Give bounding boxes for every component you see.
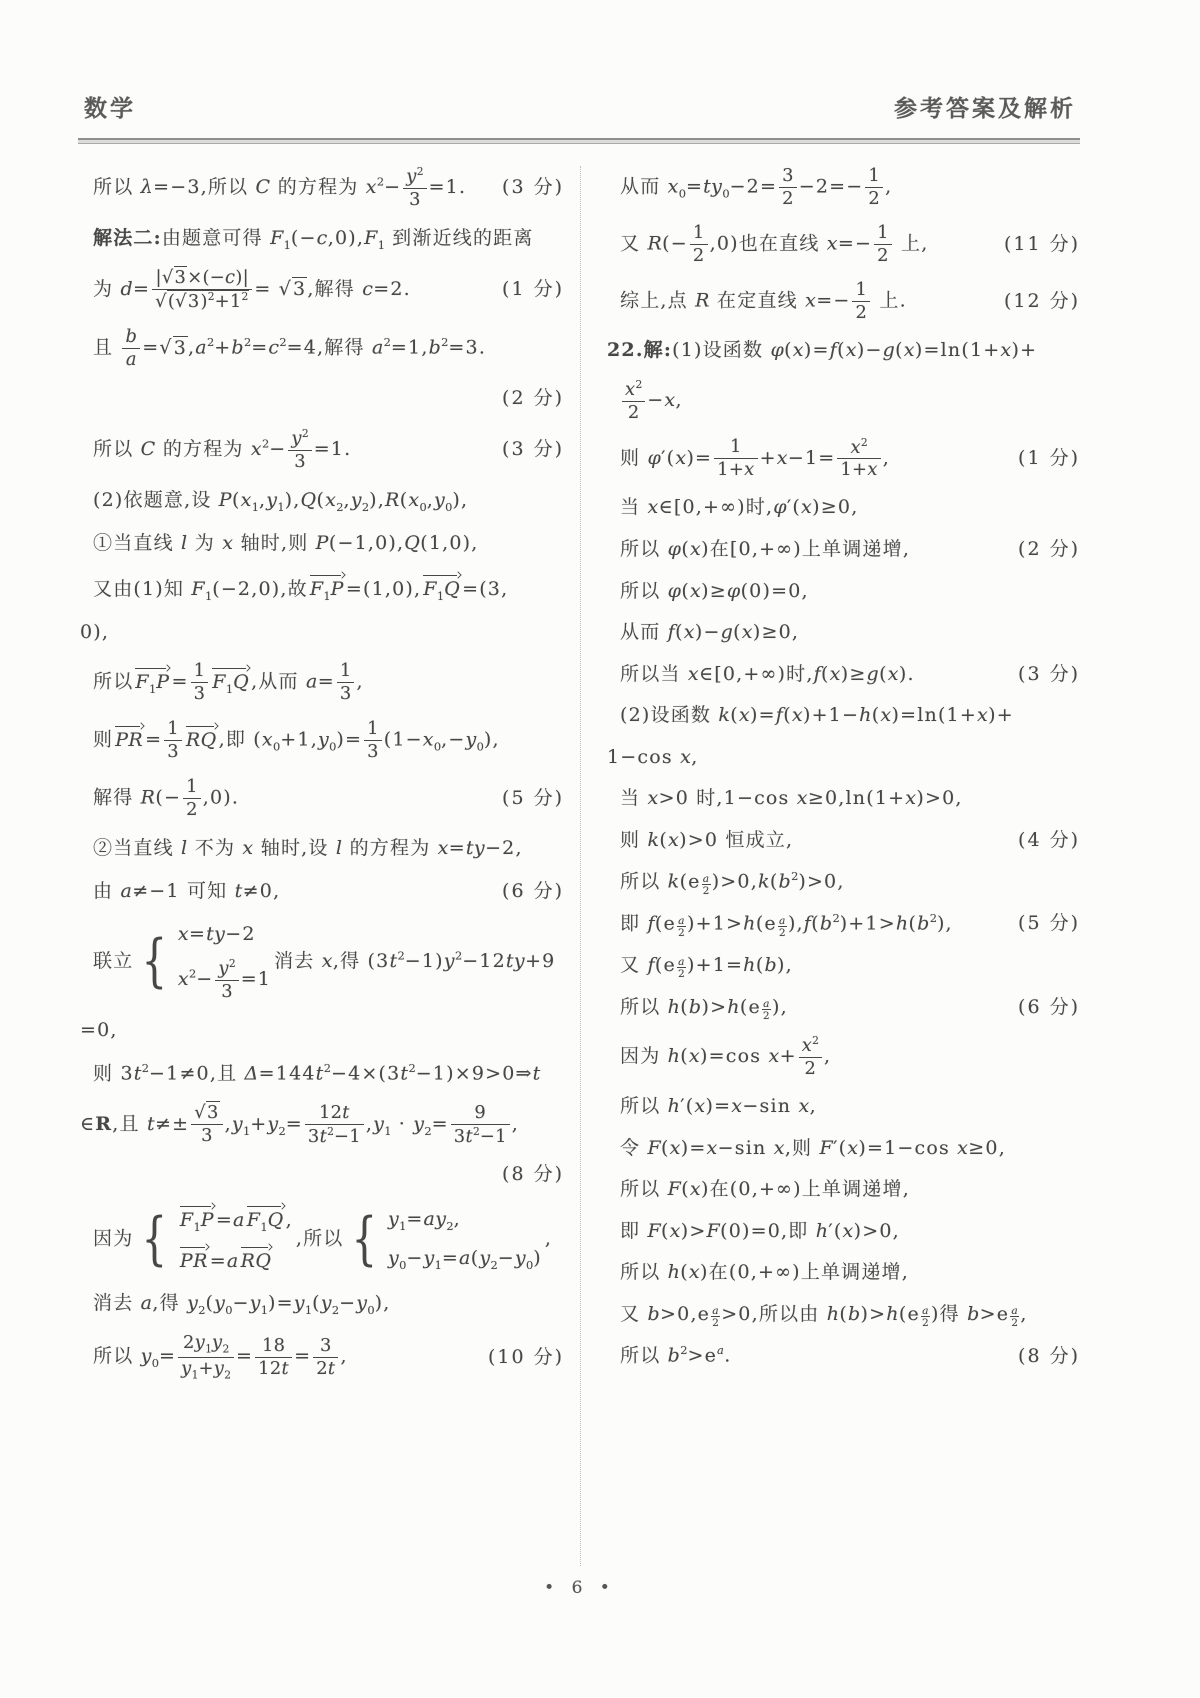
- score-mark: (3 分): [502, 436, 564, 464]
- solution-line: 则PR=13RQ,即 (x0+1,y0)=13(1−x0,−y0),: [80, 719, 564, 762]
- solution-line: 由 a≠−1 可知 t≠0,(6 分): [80, 878, 564, 906]
- line-text: 1−cos x,: [607, 744, 698, 772]
- score-mark: (4 分): [1018, 827, 1080, 855]
- solution-line: 所以 h(b)>h(ea2),(6 分): [607, 994, 1080, 1022]
- score-mark: (5 分): [502, 785, 564, 813]
- solution-line: 且 ba=√3,a2+b2=c2=4,解得 a2=1,b2=3.: [80, 327, 564, 370]
- solution-line: 解法二:由题意可得 F1(−c,0),F1 到渐近线的距离: [80, 225, 564, 253]
- line-text: 即 f(ea2)+1>h(ea2),f(b2)+1>h(b2),: [620, 910, 953, 938]
- solution-line: 因为 h(x)=cos x+x22,: [607, 1035, 1080, 1079]
- solution-line: 所以 y0=2y1y2y1+y2=1812t=32t,(10 分): [80, 1333, 564, 1381]
- line-text: 0),: [80, 619, 109, 647]
- line-text: =0,: [80, 1017, 118, 1045]
- solution-line: 即 F(x)>F(0)=0,即 h′(x)>0,: [607, 1218, 1080, 1246]
- line-text: 所以 λ=−3,所以 C 的方程为 x2−y23=1.: [93, 166, 466, 210]
- score-mark: (2 分): [502, 385, 564, 413]
- line-text: 所以 b2>ea.: [620, 1342, 732, 1370]
- line-text: 则 k(x)>0 恒成立,: [620, 827, 793, 855]
- line-text: 22.解:(1)设函数 φ(x)=f(x)−g(x)=ln(1+x)+: [607, 337, 1037, 365]
- solution-line: 从而 x0=ty0−2=32−2=−12,: [607, 166, 1080, 209]
- line-text: 所以 y0=2y1y2y1+y2=1812t=32t,: [93, 1333, 348, 1381]
- line-text: x22−x,: [620, 379, 683, 423]
- solution-line: 因为{F1P=aF1Q,PR=aRQ,所以{y1=ay2,y0−y1=a(y2−…: [80, 1204, 564, 1275]
- solution-line: (2 分): [80, 385, 564, 413]
- line-text: 为 d=|√3×(−c)|√(√3)2+12= √3,解得 c=2.: [93, 268, 411, 312]
- line-text: 综上,点 R 在定直线 x=−12 上.: [620, 280, 907, 323]
- line-text: 因为 h(x)=cos x+x22,: [620, 1035, 831, 1079]
- page-number: • 6 •: [80, 1578, 1080, 1598]
- line-text: 所以F1P=13F1Q,从而 a=13,: [93, 661, 364, 704]
- solution-line: 从而 f(x)−g(x)≥0,: [607, 619, 1080, 647]
- solution-line: 则 3t2−1≠0,且 Δ=144t2−4×(3t2−1)×9>0⇒t: [80, 1060, 564, 1088]
- page-header: 数学 参考答案及解析: [84, 90, 1076, 123]
- line-text: 即 F(x)>F(0)=0,即 h′(x)>0,: [620, 1218, 900, 1246]
- line-text: (2)依题意,设 P(x1,y1),Q(x2,y2),R(x0,y0),: [93, 487, 468, 515]
- score-mark: (3 分): [502, 174, 564, 202]
- solution-line: 令 F(x)=x−sin x,则 F′(x)=1−cos x≥0,: [607, 1135, 1080, 1163]
- solution-line: 即 f(ea2)+1>h(ea2),f(b2)+1>h(b2),(5 分): [607, 910, 1080, 938]
- score-mark: (1 分): [502, 276, 564, 304]
- solution-line: x22−x,: [607, 379, 1080, 423]
- line-text: 解法二:由题意可得 F1(−c,0),F1 到渐近线的距离: [93, 225, 534, 253]
- solution-line: 所以 φ(x)在[0,+∞)上单调递增,(2 分): [607, 536, 1080, 564]
- page: 数学 参考答案及解析 所以 λ=−3,所以 C 的方程为 x2−y23=1.(3…: [0, 0, 1200, 1698]
- line-text: 所以当 x∈[0,+∞)时,f(x)≥g(x).: [620, 661, 915, 689]
- solution-line: 所以 C 的方程为 x2−y23=1.(3 分): [80, 428, 564, 472]
- line-text: 所以 F(x)在(0,+∞)上单调递增,: [620, 1176, 910, 1204]
- solution-line: 为 d=|√3×(−c)|√(√3)2+12= √3,解得 c=2.(1 分): [80, 268, 564, 312]
- solution-line: 所以 h′(x)=x−sin x,: [607, 1093, 1080, 1121]
- line-text: 当 x∈[0,+∞)时,φ′(x)≥0,: [620, 494, 858, 522]
- header-rule: [78, 138, 1080, 144]
- solution-content: 所以 λ=−3,所以 C 的方程为 x2−y23=1.(3 分)解法二:由题意可…: [80, 166, 1080, 1566]
- score-mark: (8 分): [1018, 1343, 1080, 1371]
- solution-line: ②当直线 l 不为 x 轴时,设 l 的方程为 x=ty−2,: [80, 835, 564, 863]
- solution-line: 当 x∈[0,+∞)时,φ′(x)≥0,: [607, 494, 1080, 522]
- solution-line: 1−cos x,: [607, 744, 1080, 772]
- solution-line: 则 k(x)>0 恒成立,(4 分): [607, 827, 1080, 855]
- solution-line: 所以F1P=13F1Q,从而 a=13,: [80, 661, 564, 704]
- line-text: 且 ba=√3,a2+b2=c2=4,解得 a2=1,b2=3.: [93, 327, 486, 370]
- score-mark: (1 分): [1018, 445, 1080, 473]
- line-text: 所以 C 的方程为 x2−y23=1.: [93, 428, 351, 472]
- left-column: 所以 λ=−3,所以 C 的方程为 x2−y23=1.(3 分)解法二:由题意可…: [80, 166, 580, 1566]
- solution-line: =0,: [80, 1017, 564, 1045]
- score-mark: (8 分): [502, 1161, 564, 1189]
- line-text: ①当直线 l 为 x 轴时,则 P(−1,0),Q(1,0),: [93, 530, 479, 558]
- line-text: (2)设函数 k(x)=f(x)+1−h(x)=ln(1+x)+: [620, 702, 1014, 730]
- line-text: 从而 f(x)−g(x)≥0,: [620, 619, 799, 647]
- line-text: 则 3t2−1≠0,且 Δ=144t2−4×(3t2−1)×9>0⇒t: [93, 1060, 541, 1088]
- solution-line: 所以 b2>ea.(8 分): [607, 1342, 1080, 1370]
- line-text: 则PR=13RQ,即 (x0+1,y0)=13(1−x0,−y0),: [93, 719, 500, 762]
- solution-line: ①当直线 l 为 x 轴时,则 P(−1,0),Q(1,0),: [80, 530, 564, 558]
- header-subject-title: 数学: [84, 90, 136, 123]
- line-text: ∈R,且 t≠±√33,y1+y2=12t3t2−1,y1 · y2=93t2−…: [80, 1103, 519, 1147]
- line-text: 所以 k(ea2)>0,k(b2)>0,: [620, 868, 845, 896]
- solution-line: 所以当 x∈[0,+∞)时,f(x)≥g(x).(3 分): [607, 661, 1080, 689]
- solution-line: (2)依题意,设 P(x1,y1),Q(x2,y2),R(x0,y0),: [80, 487, 564, 515]
- solution-line: 当 x>0 时,1−cos x≥0,ln(1+x)>0,: [607, 785, 1080, 813]
- line-text: 则 φ′(x)=11+x+x−1=x21+x,: [620, 437, 890, 481]
- solution-line: 0),: [80, 619, 564, 647]
- solution-line: (2)设函数 k(x)=f(x)+1−h(x)=ln(1+x)+: [607, 702, 1080, 730]
- line-text: 又由(1)知 F1(−2,0),故F1P=(1,0),F1Q=(3,: [93, 573, 508, 604]
- line-text: 消去 a,得 y2(y0−y1)=y1(y2−y0),: [93, 1290, 391, 1318]
- line-text: 所以 h(b)>h(ea2),: [620, 994, 788, 1022]
- score-mark: (3 分): [1018, 661, 1080, 689]
- line-text: 所以 h(x)在(0,+∞)上单调递增,: [620, 1259, 909, 1287]
- line-text: 又 f(ea2)+1=h(b),: [620, 952, 793, 980]
- line-text: 解得 R(−12,0).: [93, 777, 239, 820]
- solution-line: 又由(1)知 F1(−2,0),故F1P=(1,0),F1Q=(3,: [80, 573, 564, 604]
- right-column: 从而 x0=ty0−2=32−2=−12,又 R(−12,0)也在直线 x=−1…: [580, 166, 1080, 1566]
- solution-line: 所以 φ(x)≥φ(0)=0,: [607, 578, 1080, 606]
- solution-line: 综上,点 R 在定直线 x=−12 上.(12 分): [607, 280, 1080, 323]
- solution-line: 所以 λ=−3,所以 C 的方程为 x2−y23=1.(3 分): [80, 166, 564, 210]
- line-text: 由 a≠−1 可知 t≠0,: [93, 878, 280, 906]
- solution-line: 联立{x=ty−2x2−y23=1消去 x,得 (3t2−1)y2−12ty+9: [80, 921, 564, 1003]
- score-mark: (12 分): [1004, 288, 1080, 316]
- solution-line: 22.解:(1)设函数 φ(x)=f(x)−g(x)=ln(1+x)+: [607, 337, 1080, 365]
- score-mark: (10 分): [488, 1344, 564, 1372]
- solution-line: 所以 F(x)在(0,+∞)上单调递增,: [607, 1176, 1080, 1204]
- solution-line: (8 分): [80, 1161, 564, 1189]
- solution-line: 又 f(ea2)+1=h(b),: [607, 952, 1080, 980]
- solution-line: 又 R(−12,0)也在直线 x=−12 上,(11 分): [607, 223, 1080, 266]
- score-mark: (6 分): [1018, 994, 1080, 1022]
- solution-line: 所以 k(ea2)>0,k(b2)>0,: [607, 868, 1080, 896]
- score-mark: (11 分): [1004, 231, 1080, 259]
- line-text: 所以 h′(x)=x−sin x,: [620, 1093, 817, 1121]
- line-text: 当 x>0 时,1−cos x≥0,ln(1+x)>0,: [620, 785, 963, 813]
- line-text: 因为{F1P=aF1Q,PR=aRQ,所以{y1=ay2,y0−y1=a(y2−…: [93, 1204, 552, 1275]
- line-text: 所以 φ(x)在[0,+∞)上单调递增,: [620, 536, 910, 564]
- line-text: 联立{x=ty−2x2−y23=1消去 x,得 (3t2−1)y2−12ty+9: [93, 921, 555, 1003]
- solution-line: ∈R,且 t≠±√33,y1+y2=12t3t2−1,y1 · y2=93t2−…: [80, 1103, 564, 1147]
- solution-line: 又 b>0,ea2>0,所以由 h(b)>h(ea2)得 b>ea2,: [607, 1301, 1080, 1329]
- line-text: 令 F(x)=x−sin x,则 F′(x)=1−cos x≥0,: [620, 1135, 1006, 1163]
- solution-line: 所以 h(x)在(0,+∞)上单调递增,: [607, 1259, 1080, 1287]
- score-mark: (6 分): [502, 878, 564, 906]
- solution-line: 则 φ′(x)=11+x+x−1=x21+x,(1 分): [607, 437, 1080, 481]
- line-text: 又 R(−12,0)也在直线 x=−12 上,: [620, 223, 929, 266]
- solution-line: 解得 R(−12,0).(5 分): [80, 777, 564, 820]
- solution-line: 消去 a,得 y2(y0−y1)=y1(y2−y0),: [80, 1290, 564, 1318]
- line-text: ②当直线 l 不为 x 轴时,设 l 的方程为 x=ty−2,: [93, 835, 523, 863]
- header-answer-title: 参考答案及解析: [894, 90, 1076, 123]
- score-mark: (2 分): [1018, 536, 1080, 564]
- line-text: 所以 φ(x)≥φ(0)=0,: [620, 578, 809, 606]
- line-text: 又 b>0,ea2>0,所以由 h(b)>h(ea2)得 b>ea2,: [620, 1301, 1028, 1329]
- line-text: 从而 x0=ty0−2=32−2=−12,: [620, 166, 892, 209]
- score-mark: (5 分): [1018, 910, 1080, 938]
